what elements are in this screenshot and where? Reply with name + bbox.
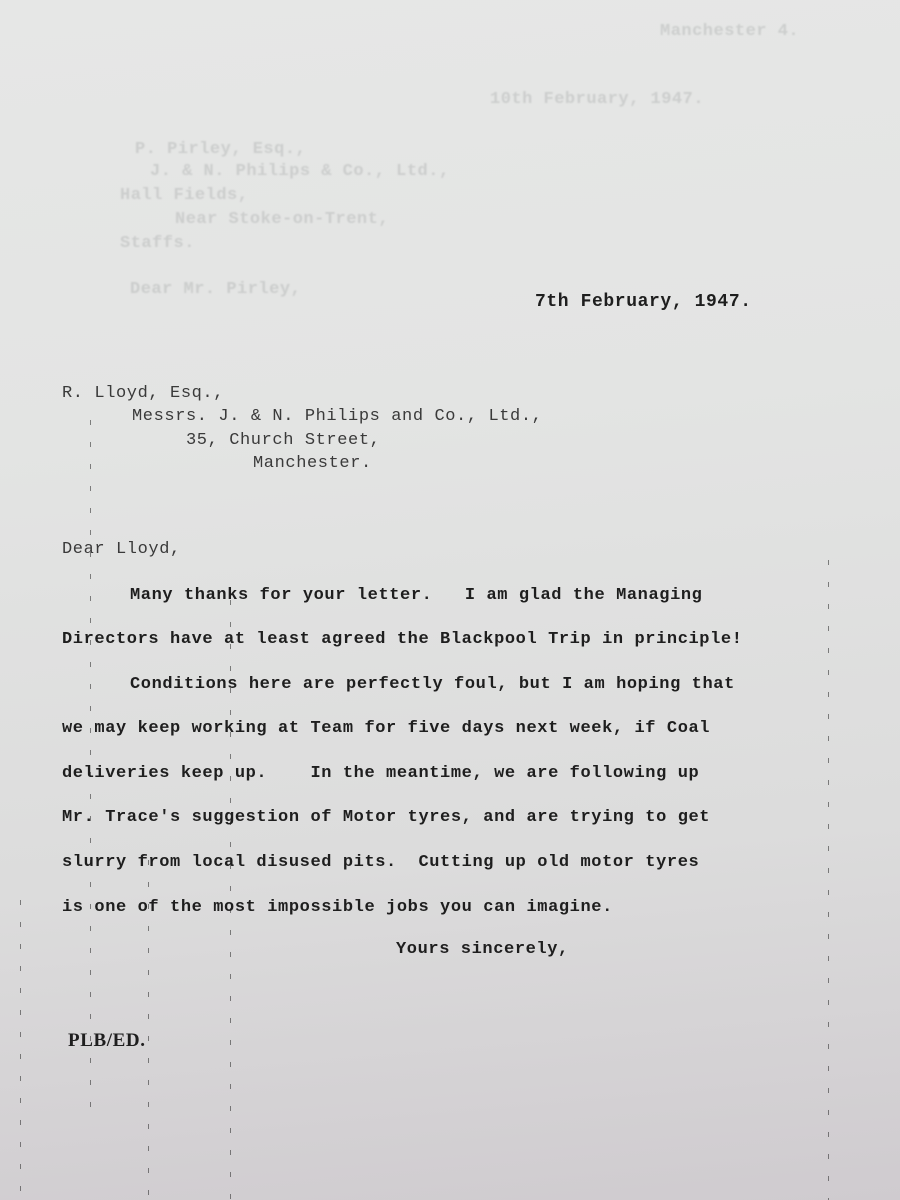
salutation: Dear Lloyd, <box>62 540 181 559</box>
recipient-street: 35, Church Street, <box>186 431 380 450</box>
body-line: deliveries keep up. In the meantime, we … <box>62 764 699 783</box>
show-through-text: Hall Fields, <box>120 186 248 205</box>
body-line: we may keep working at Team for five day… <box>62 719 710 738</box>
body-line: Many thanks for your letter. I am glad t… <box>130 586 703 605</box>
body-line: is one of the most impossible jobs you c… <box>62 898 613 917</box>
body-line: Conditions here are perfectly foul, but … <box>130 675 735 694</box>
body-line: Mr. Trace's suggestion of Motor tyres, a… <box>62 808 710 827</box>
show-through-text: Near Stoke-on-Trent, <box>175 210 389 229</box>
show-through-text: 10th February, 1947. <box>490 90 704 109</box>
show-through-text: J. & N. Philips & Co., Ltd., <box>150 162 450 181</box>
reference-initials: PLB/ED. <box>68 1030 146 1052</box>
show-through-text: Dear Mr. Pirley, <box>130 280 301 299</box>
recipient-name: R. Lloyd, Esq., <box>62 384 224 403</box>
body-line: slurry from local disused pits. Cutting … <box>62 853 699 872</box>
body-line: Directors have at least agreed the Black… <box>62 630 743 649</box>
recipient-city: Manchester. <box>253 454 372 473</box>
recipient-company: Messrs. J. & N. Philips and Co., Ltd., <box>132 407 542 426</box>
show-through-text: Staffs. <box>120 234 195 253</box>
margin-mark <box>20 900 21 1200</box>
typed-letter-page: Manchester 4. 10th February, 1947. P. Pi… <box>0 0 900 1200</box>
show-through-text: P. Pirley, Esq., <box>135 140 306 159</box>
closing: Yours sincerely, <box>396 940 569 959</box>
show-through-text: Manchester 4. <box>660 22 799 41</box>
margin-mark <box>828 560 829 1200</box>
letter-date: 7th February, 1947. <box>535 292 752 312</box>
